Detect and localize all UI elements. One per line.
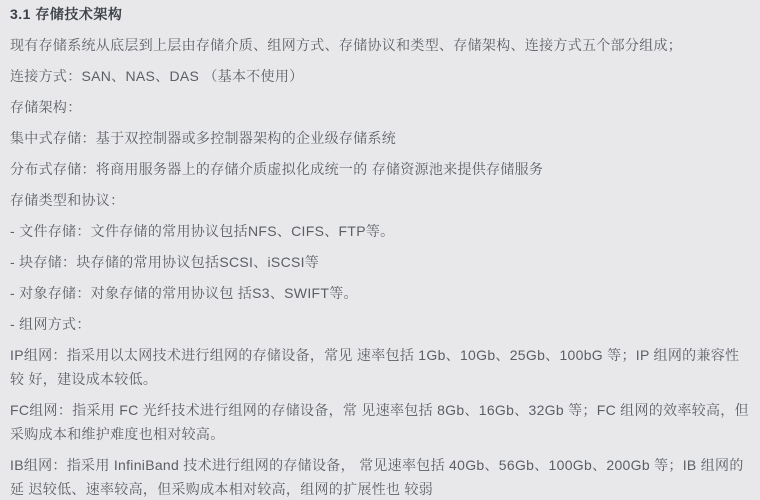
paragraph-storage-architecture-label: 存储架构： (10, 95, 752, 119)
paragraph-block-storage: - 块存储：块存储的常用协议包括SCSI、iSCSI等 (10, 250, 752, 274)
paragraph-storage-types-label: 存储类型和协议： (10, 188, 752, 212)
paragraph-fc-network: FC组网：指采用 FC 光纤技术进行组网的存储设备，常 见速率包括 8Gb、16… (10, 398, 752, 446)
paragraph-distributed-storage: 分布式存储：将商用服务器上的存储介质虚拟化成统一的 存储资源池来提供存储服务 (10, 157, 752, 181)
paragraph-ip-network: IP组网：指采用以太网技术进行组网的存储设备，常见 速率包括 1Gb、10Gb、… (10, 343, 752, 391)
document-page: { "theme": { "background_color": "#e8e8e… (0, 0, 760, 500)
section-heading: 3.1 存储技术架构 (10, 2, 752, 26)
document-body: 3.1 存储技术架构 现有存储系统从底层到上层由存储介质、组网方式、存储协议和类… (0, 0, 760, 500)
paragraph-ib-network: IB组网：指采用 InfiniBand 技术进行组网的存储设备， 常见速率包括 … (10, 453, 752, 500)
paragraph-connection-methods: 连接方式：SAN、NAS、DAS （基本不使用） (10, 64, 752, 88)
paragraph-centralized-storage: 集中式存储：基于双控制器或多控制器架构的企业级存储系统 (10, 126, 752, 150)
paragraph-object-storage: - 对象存储：对象存储的常用协议包 括S3、SWIFT等。 (10, 281, 752, 305)
paragraph-file-storage: - 文件存储：文件存储的常用协议包括NFS、CIFS、FTP等。 (10, 219, 752, 243)
paragraph-overview: 现有存储系统从底层到上层由存储介质、组网方式、存储协议和类型、存储架构、连接方式… (10, 33, 752, 57)
paragraph-networking-label: - 组网方式： (10, 312, 752, 336)
